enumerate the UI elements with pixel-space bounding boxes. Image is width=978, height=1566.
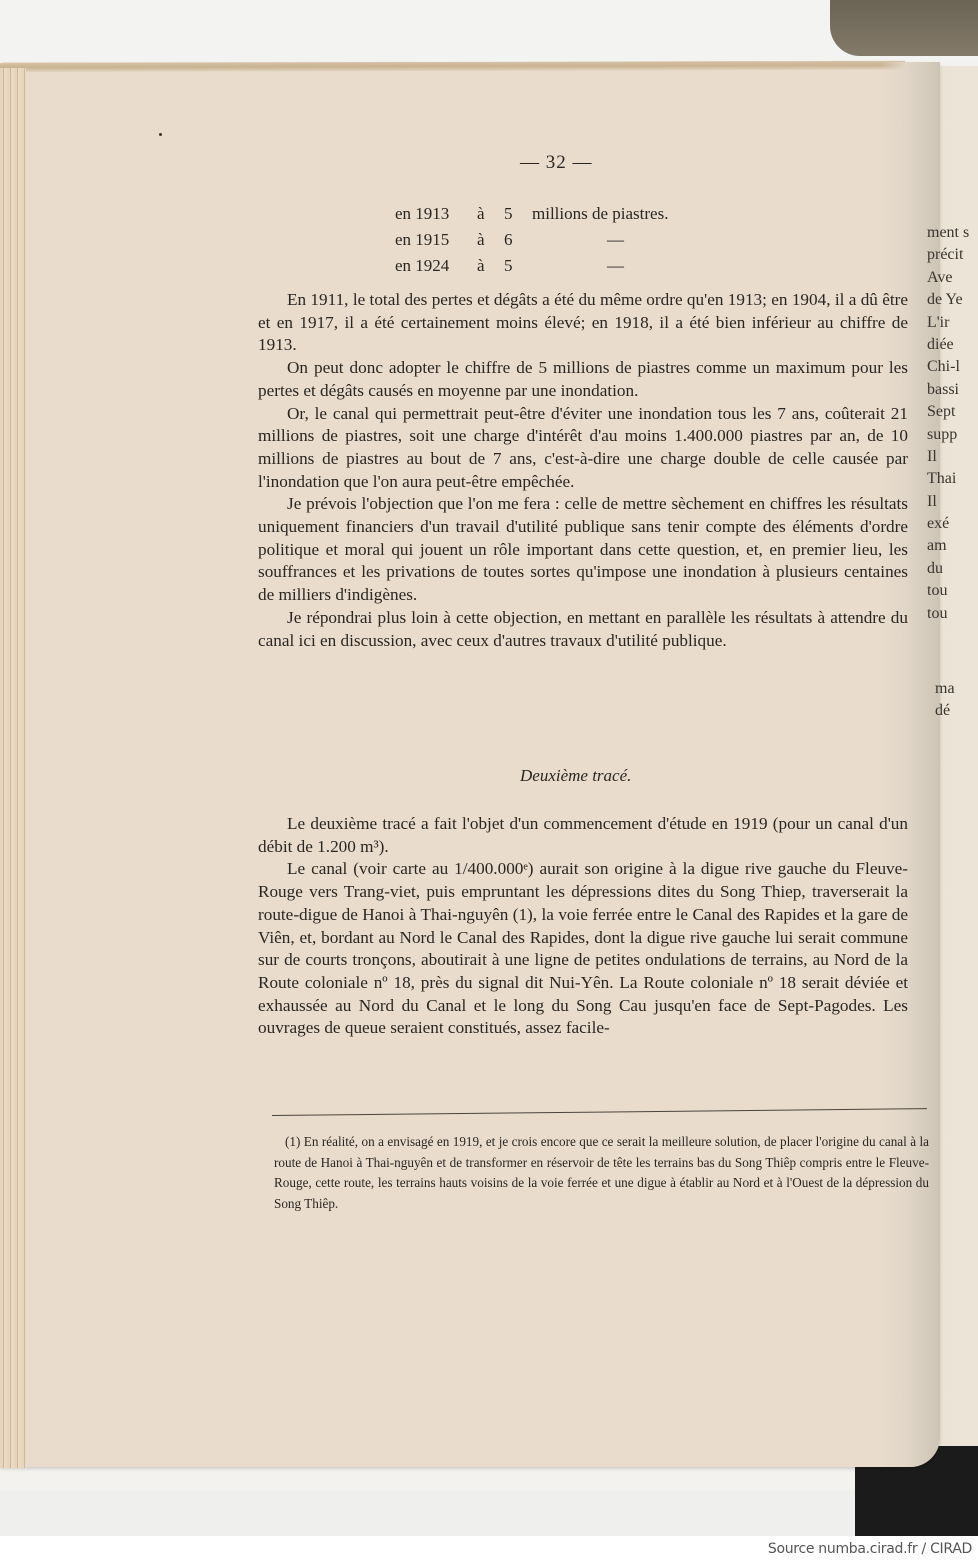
footnote: (1) En réalité, on a envisagé en 1919, e…: [274, 1132, 929, 1214]
list-preposition: à: [477, 227, 504, 253]
fragment-line: diée: [927, 334, 978, 356]
fragment-line: Il: [927, 491, 978, 513]
body-section-1: En 1911, le total des pertes et dégâts a…: [258, 289, 908, 652]
list-unit: —: [532, 227, 857, 253]
list-preposition: à: [477, 201, 504, 227]
paragraph: On peut donc adopter le chiffre de 5 mil…: [258, 357, 908, 402]
page-top-edge: [0, 61, 905, 72]
paragraph: Le deuxième tracé a fait l'objet d'un co…: [258, 813, 908, 858]
ink-speck: [159, 133, 162, 136]
footnote-text: (1) En réalité, on a envisagé en 1919, e…: [274, 1132, 929, 1214]
list-unit: millions de piastres.: [532, 201, 782, 227]
fragment-line: supp: [927, 424, 978, 446]
source-caption: Source numba.cirad.fr / CIRAD: [768, 1541, 972, 1557]
list-value: 5: [504, 253, 532, 279]
paragraph: En 1911, le total des pertes et dégâts a…: [258, 289, 908, 357]
page-number: — 32 —: [520, 152, 593, 174]
paragraph: Je répondrai plus loin à cette objection…: [258, 607, 908, 652]
right-page-text-fragment: ma dé: [935, 678, 978, 723]
fragment-line: tou: [927, 580, 978, 602]
fragment-line: Chi-l: [927, 356, 978, 378]
fragment-line: précit: [927, 244, 978, 266]
fragment-line: Sept: [927, 401, 978, 423]
list-value: 6: [504, 227, 532, 253]
list-row: en 1924 à 5 —: [395, 253, 857, 279]
fragment-line: Il: [927, 446, 978, 468]
fragment-line: Ave: [927, 267, 978, 289]
section-heading: Deuxième tracé.: [520, 766, 631, 786]
fragment-line: de Ye: [927, 289, 978, 311]
list-preposition: à: [477, 253, 504, 279]
fragment-line: am: [927, 535, 978, 557]
fragment-line: ment s: [927, 222, 978, 244]
fragment-line: tou: [927, 603, 978, 625]
right-page-text-fragment: ment s précit Ave de Ye L'ir diée Chi-l …: [927, 222, 978, 625]
list-year: en 1915: [395, 227, 477, 253]
fragment-line: Thai: [927, 468, 978, 490]
paragraph: Or, le canal qui permettrait peut-être d…: [258, 403, 908, 494]
fragment-line: bassi: [927, 379, 978, 401]
paragraph: Le canal (voir carte au 1/400.000ᵉ) aura…: [258, 858, 908, 1040]
page-edge-stack: [0, 68, 26, 1468]
fragment-line: L'ir: [927, 312, 978, 334]
paragraph: Je prévois l'objection que l'on me fera …: [258, 493, 908, 607]
fragment-line: du: [927, 558, 978, 580]
list-value: 5: [504, 201, 532, 227]
scanner-background-bottom: [0, 1490, 978, 1536]
list-year: en 1924: [395, 253, 477, 279]
body-section-2: Le deuxième tracé a fait l'objet d'un co…: [258, 813, 908, 1040]
fragment-line: exé: [927, 513, 978, 535]
list-row: en 1915 à 6 —: [395, 227, 857, 253]
fragment-line: ma: [935, 678, 978, 700]
fragment-line: dé: [935, 700, 978, 722]
book-binding: [830, 0, 978, 56]
list-year: en 1913: [395, 201, 477, 227]
list-row: en 1913 à 5 millions de piastres.: [395, 201, 857, 227]
list-unit: —: [532, 253, 857, 279]
loss-list: en 1913 à 5 millions de piastres. en 191…: [395, 201, 857, 279]
